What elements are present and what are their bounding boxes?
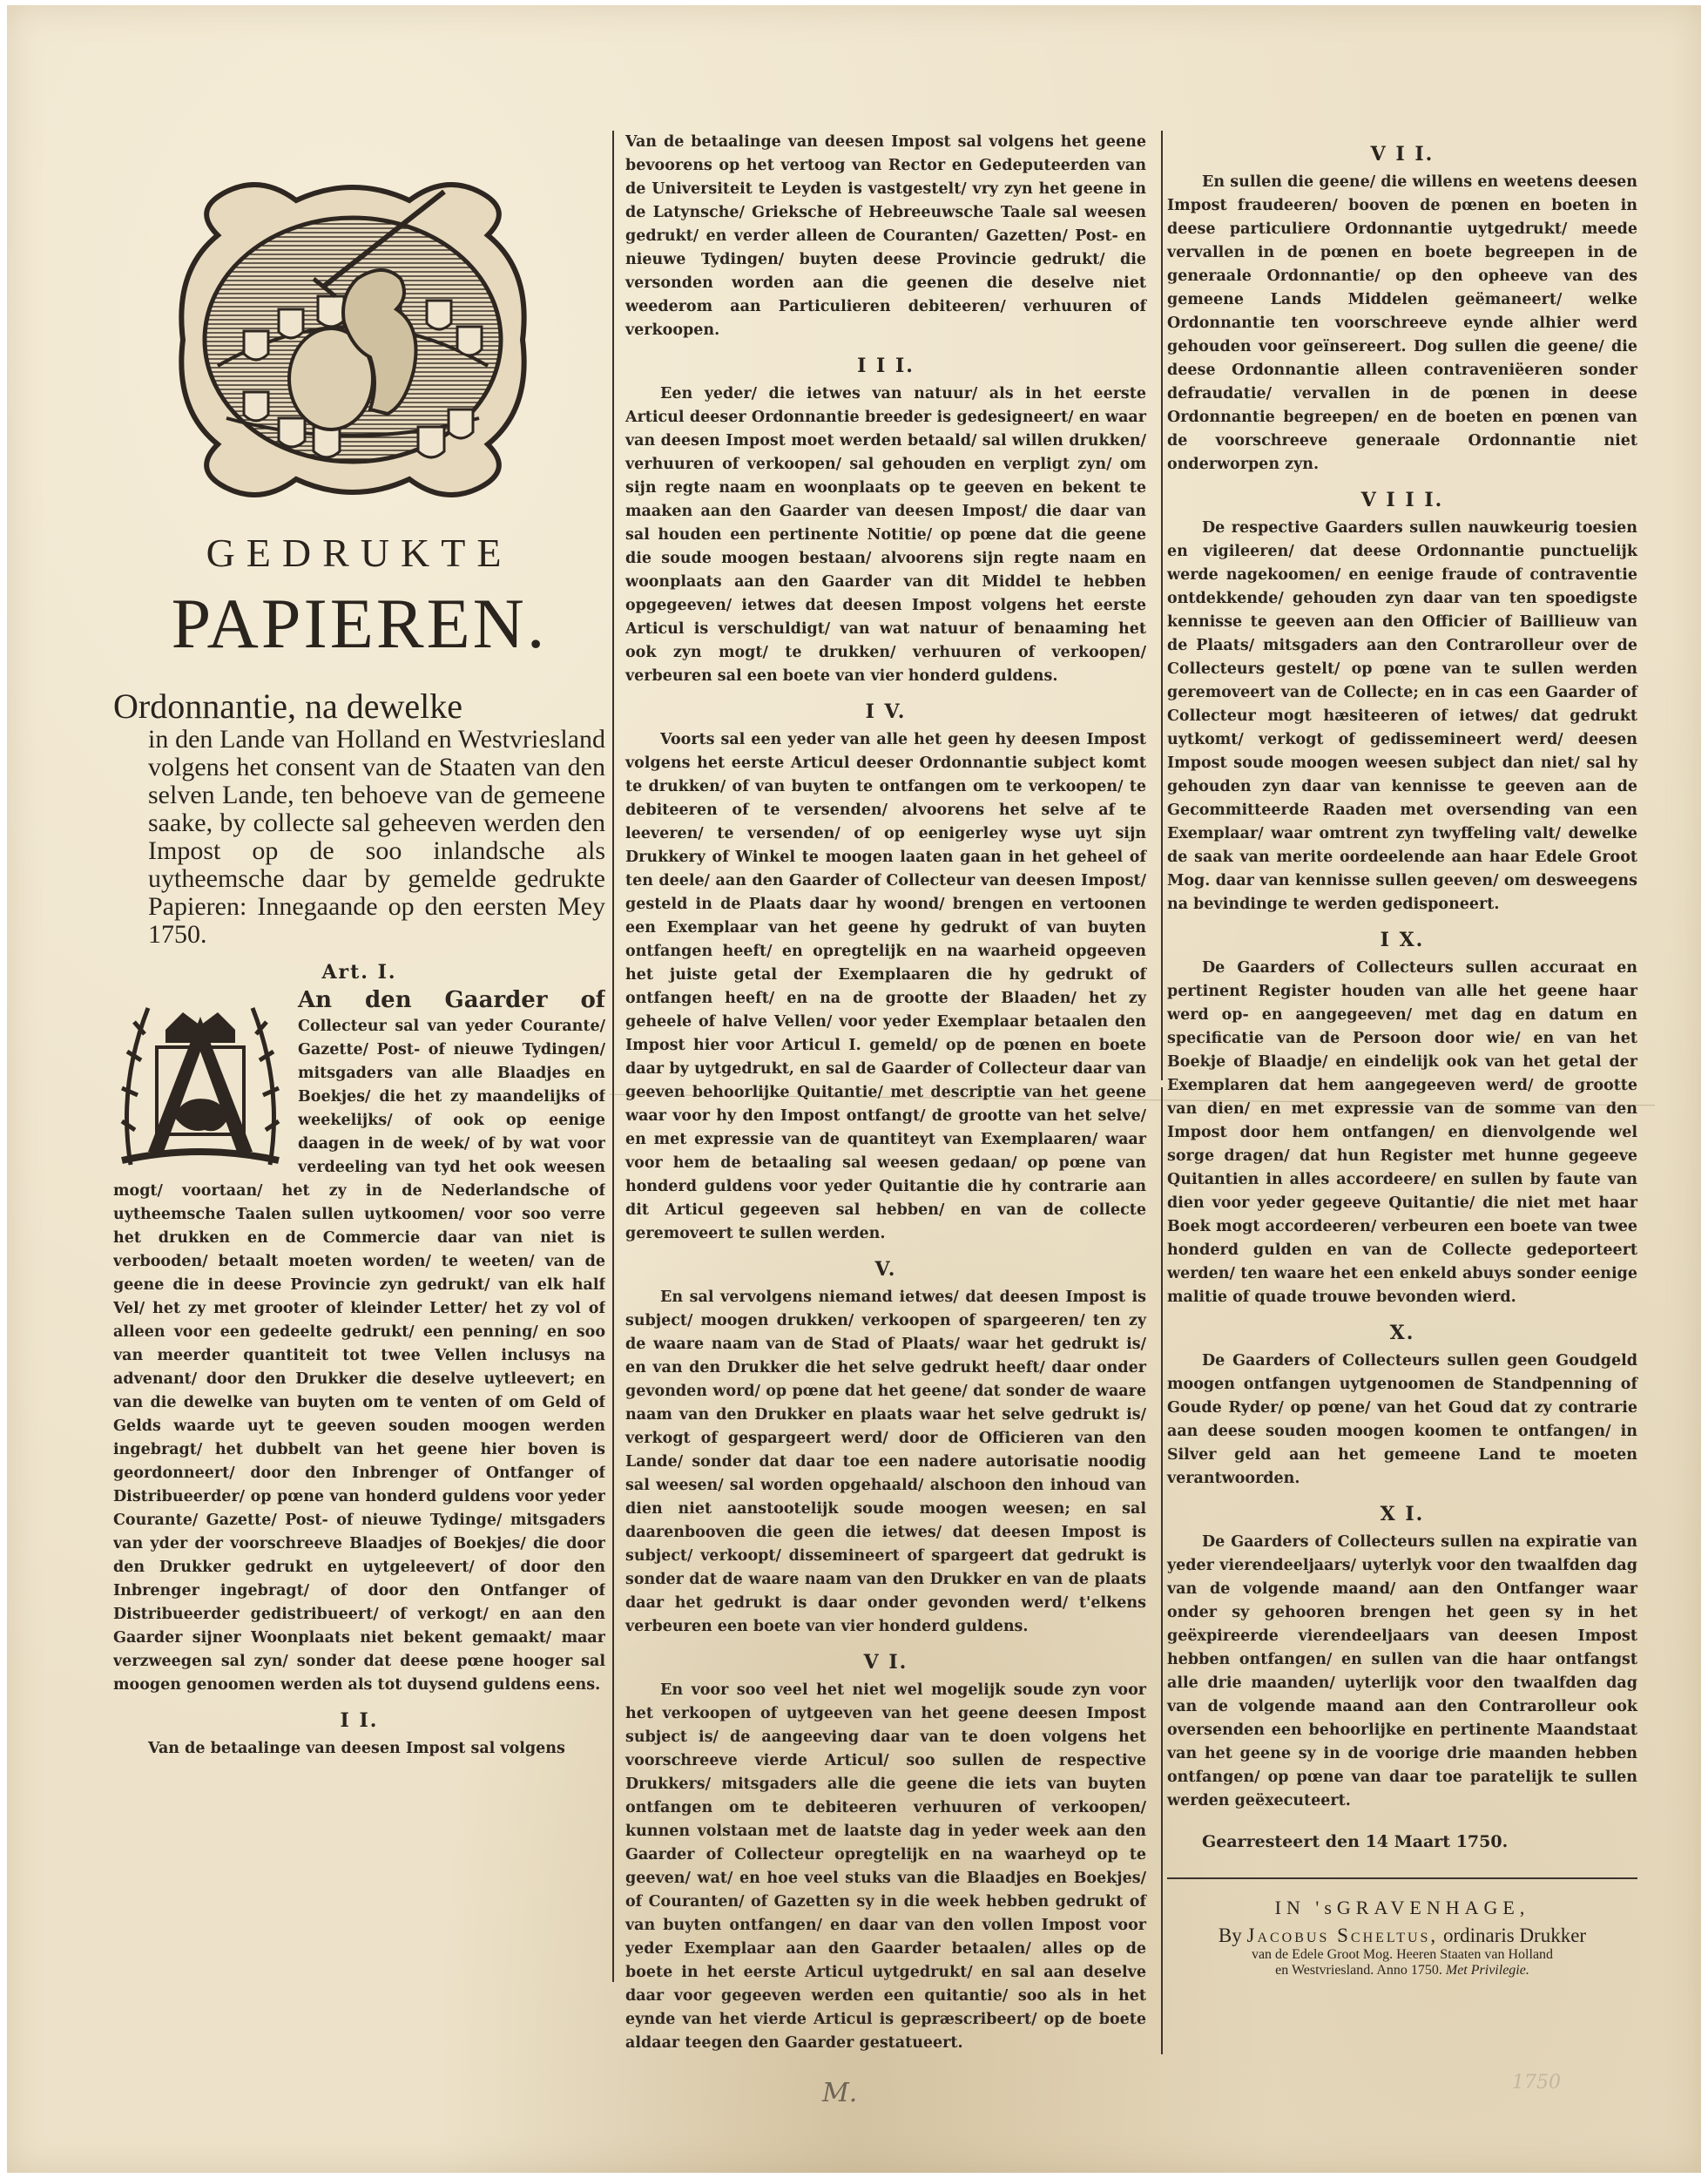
article-11-heading: X I. <box>1167 1503 1637 1525</box>
column-rule-left <box>612 131 614 1982</box>
title-gedrukte: GEDRUKTE <box>113 530 605 576</box>
printer-imprint: IN 'sGRAVENHAGE, By Jacobus Scheltus, or… <box>1167 1897 1637 1978</box>
column-rule-right-lower <box>1161 1087 1163 2054</box>
article-4-heading: I V. <box>625 700 1146 723</box>
column-middle: Van de betaalinge van deesen Impost sal … <box>625 131 1146 2055</box>
handwritten-note-right: 1750 <box>1512 2072 1561 2093</box>
imprint-city: IN 'sGRAVENHAGE, <box>1167 1897 1637 1919</box>
article-8-text: De respective Gaarders sullen nauwkeurig… <box>1167 517 1637 917</box>
article-7-text: En sullen die geene/ die willens en weet… <box>1167 171 1637 477</box>
imprint-by: By <box>1219 1924 1242 1946</box>
article-8-heading: V I I I. <box>1167 489 1637 511</box>
article-4-text: Voorts sal een yeder van alle het geen h… <box>625 728 1146 1246</box>
title-papieren: PAPIEREN. <box>113 588 605 659</box>
imprint-printer: By Jacobus Scheltus, ordinaris Drukker <box>1167 1924 1637 1947</box>
article-1: An den Gaarder of Collecteur sal van yed… <box>113 989 605 1697</box>
article-5-heading: V. <box>625 1258 1146 1281</box>
article-9-heading: I X. <box>1167 929 1637 951</box>
column-rule-right-upper <box>1161 131 1163 1080</box>
imprint-line-2: van de Edele Groot Mog. Heeren Staaten v… <box>1167 1947 1637 1963</box>
holland-coat-of-arms-emblem-icon <box>157 157 549 523</box>
article-3-heading: I I I. <box>625 355 1146 377</box>
arrest-date: Gearresteert den 14 Maart 1750. <box>1167 1832 1637 1851</box>
column-left: GEDRUKTE PAPIEREN. Ordonnantie, na dewel… <box>113 131 605 1761</box>
article-7-heading: V I I. <box>1167 143 1637 166</box>
article-10-heading: X. <box>1167 1322 1637 1344</box>
column-right: V I I. En sullen die geene/ die willens … <box>1167 131 1637 1978</box>
article-1-heading: Art. I. <box>113 961 605 984</box>
decorated-initial-a-icon <box>113 991 287 1174</box>
article-2-heading: I I. <box>113 1709 605 1732</box>
imprint-privilege: Met Privilegie. <box>1446 1963 1529 1978</box>
article-2-text: Van de betaalinge van deesen Impost sal … <box>625 131 1146 342</box>
imprint-line-3: en Westvriesland. Anno 1750. Met Privile… <box>1167 1963 1637 1978</box>
imprint-printer-name: Jacobus Scheltus, <box>1247 1924 1439 1946</box>
handwritten-note-center: M. <box>822 2078 857 2108</box>
article-10-text: De Gaarders of Collecteurs sullen geen G… <box>1167 1349 1637 1491</box>
article-9-text: De Gaarders of Collecteurs sullen accura… <box>1167 957 1637 1309</box>
imprint-divider <box>1167 1877 1637 1879</box>
article-2-text-start: Van de betaalinge van deesen Impost sal … <box>113 1737 605 1761</box>
intro-rest: in den Lande van Holland en Westvrieslan… <box>113 726 605 949</box>
imprint-year: en Westvriesland. Anno 1750. <box>1275 1963 1442 1978</box>
article-6-text: En voor soo veel het niet wel mogelijk s… <box>625 1679 1146 2055</box>
article-6-heading: V I. <box>625 1651 1146 1674</box>
intro-lead: Ordonnantie, na dewelke <box>113 687 605 726</box>
ordinance-intro: Ordonnantie, na dewelke in den Lande van… <box>113 687 605 949</box>
article-5-text: En sal vervolgens niemand ietwes/ dat de… <box>625 1286 1146 1639</box>
article-3-text: Een yeder/ die ietwes van natuur/ als in… <box>625 382 1146 688</box>
imprint-printer-role: ordinaris Drukker <box>1443 1924 1586 1946</box>
article-11-text: De Gaarders of Collecteurs sullen na exp… <box>1167 1531 1637 1813</box>
article-1-first-words: An den Gaarder of <box>298 989 605 1013</box>
